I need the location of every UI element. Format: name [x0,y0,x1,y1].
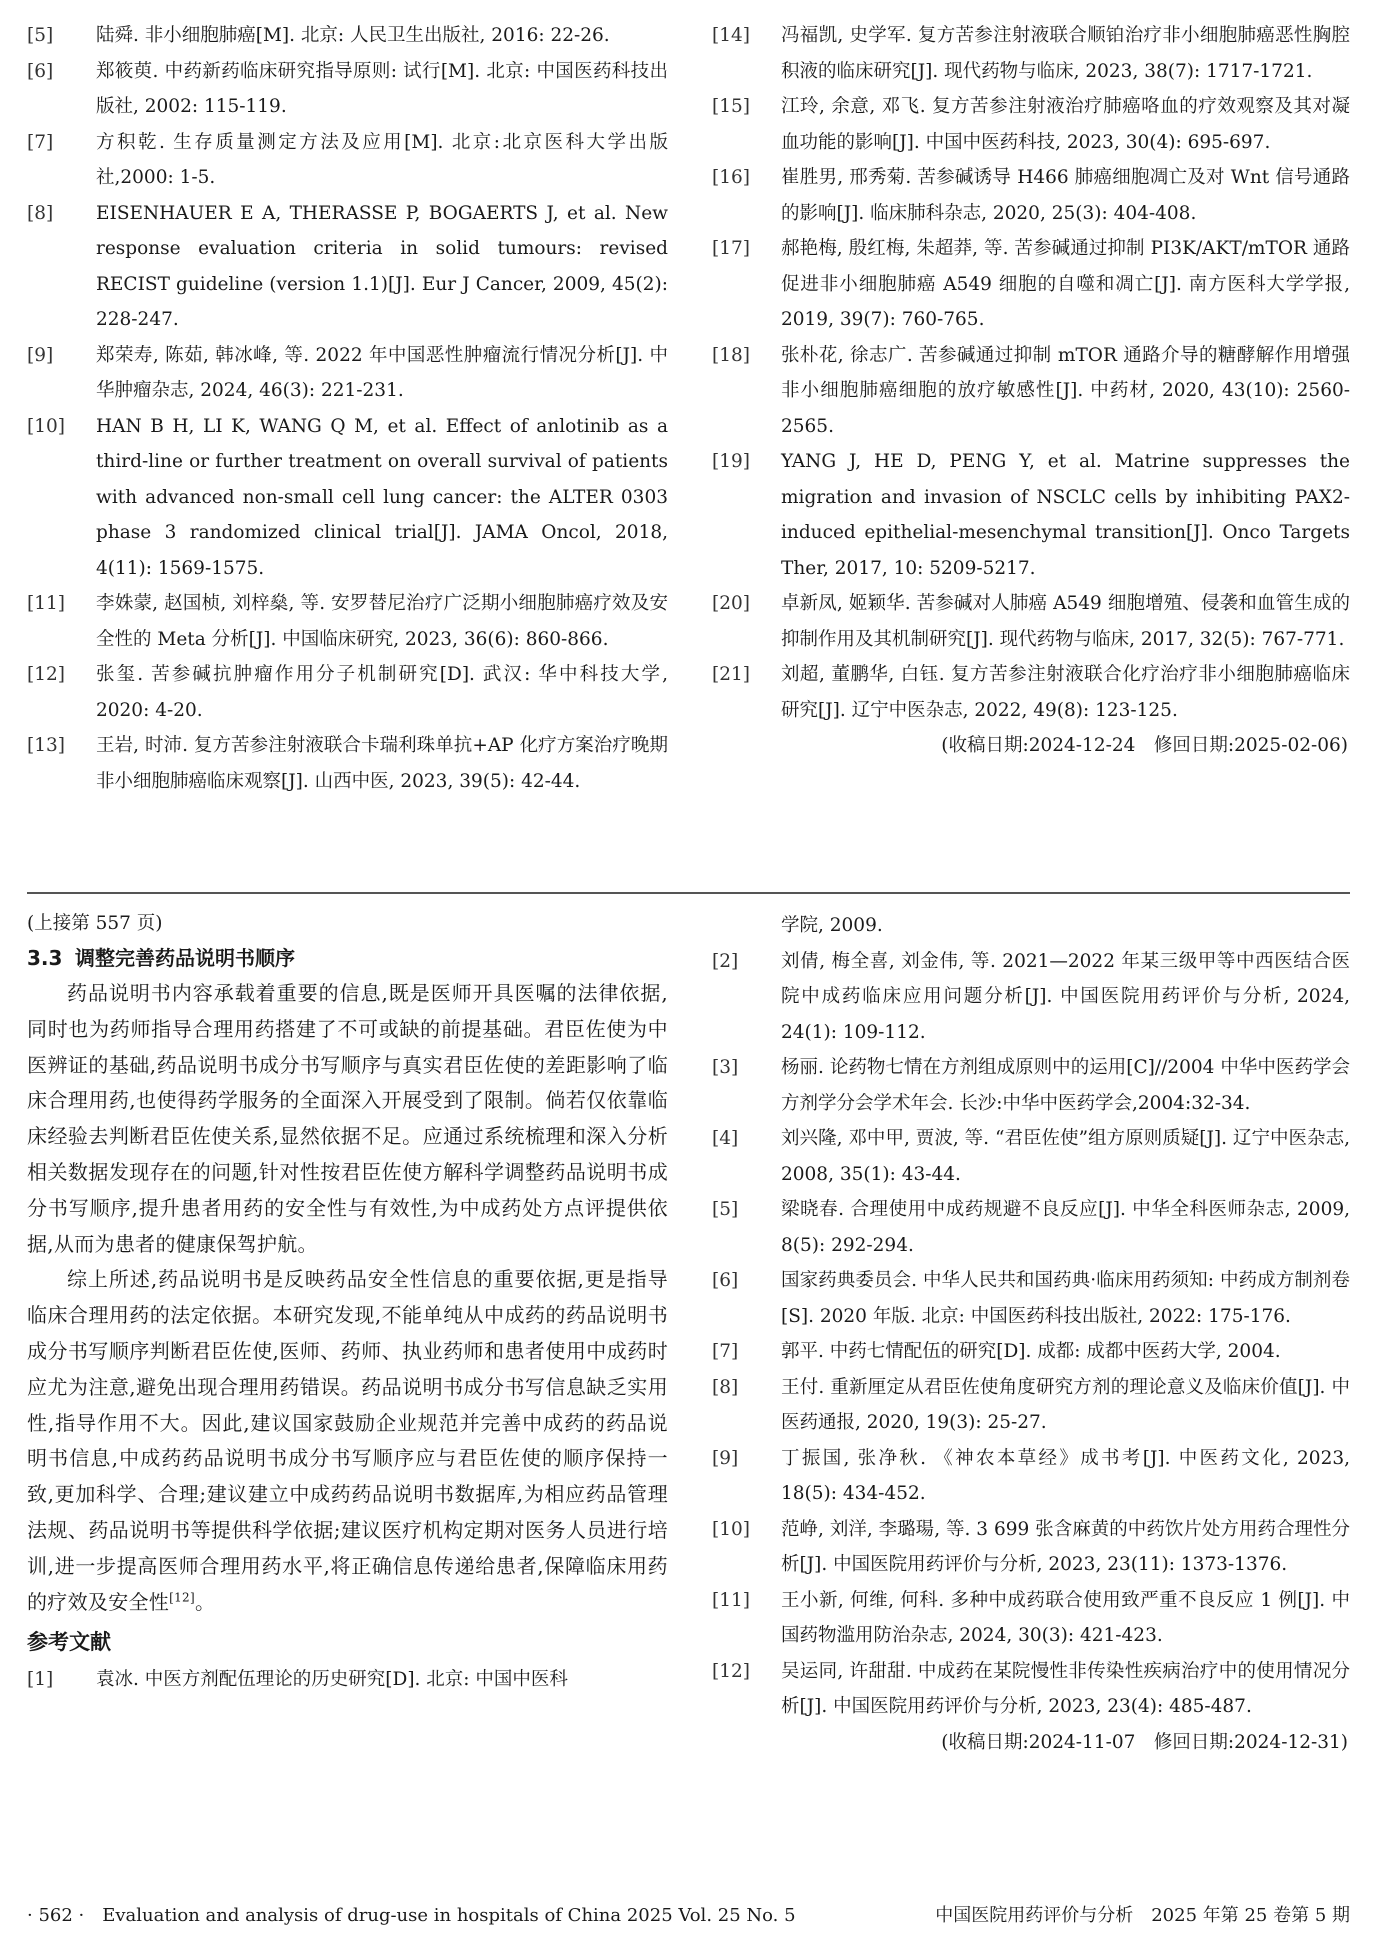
reference-number: [9] [27,338,96,409]
reference-text: 郑筱萸. 中药新药临床研究指导原则: 试行[M]. 北京: 中国医药科技出版社,… [96,54,668,125]
reference-number: [12] [712,1654,781,1725]
reference-number: [20] [712,586,781,657]
reference-item: [8]王付. 重新厘定从君臣佐使角度研究方剂的理论意义及临床价值[J]. 中医药… [712,1370,1350,1441]
continued-from-note: (上接第 557 页) [27,908,668,940]
reference-number: [10] [712,1512,781,1583]
reference-item: [21]刘超, 董鹏华, 白钰. 复方苦参注射液联合化疗治疗非小细胞肺癌临床研究… [712,657,1350,728]
reference-item: [12]吴运同, 许甜甜. 中成药在某院慢性非传染性疾病治疗中的使用情况分析[J… [712,1654,1350,1725]
footer-journal-english: · 562 · Evaluation and analysis of drug-… [27,1904,796,1928]
reference-number: [2] [712,944,781,1051]
reference-text: 郭平. 中药七情配伍的研究[D]. 成都: 成都中医药大学, 2004. [781,1334,1350,1370]
reference-number: [8] [27,196,96,338]
received-date: (收稿日期:2024-11-07 修回日期:2024-12-31) [712,1725,1350,1761]
reference-item: [12]张玺. 苦参碱抗肿瘤作用分子机制研究[D]. 武汉: 华中科技大学, 2… [27,657,668,728]
reference-number: [10] [27,409,96,587]
reference-text: 李姝蒙, 赵国桢, 刘梓燊, 等. 安罗替尼治疗广泛期小细胞肺癌疗效及安全性的 … [96,586,668,657]
received-date: (收稿日期:2024-12-24 修回日期:2025-02-06) [712,728,1350,764]
reference-text: 丁振国, 张净秋. 《神农本草经》成书考[J]. 中医药文化, 2023, 18… [781,1441,1350,1512]
reference-text: 江玲, 余意, 邓飞. 复方苦参注射液治疗肺癌咯血的疗效观察及其对凝血功能的影响… [781,89,1350,160]
reference-item: [5]梁晓春. 合理使用中成药规避不良反应[J]. 中华全科医师杂志, 2009… [712,1192,1350,1263]
reference-number: [7] [712,1334,781,1370]
reference-text: 王小新, 何维, 何科. 多种中成药联合使用致严重不良反应 1 例[J]. 中国… [781,1583,1350,1654]
reference-item: [4]刘兴隆, 邓中甲, 贾波, 等. “君臣佐使”组方原则质疑[J]. 辽宁中… [712,1121,1350,1192]
citation-link[interactable]: [12] [169,1590,195,1604]
reference-number: [16] [712,160,781,231]
reference-number: [3] [712,1050,781,1121]
reference-item: [10]范峥, 刘洋, 李璐瑒, 等. 3 699 张含麻黄的中药饮片处方用药合… [712,1512,1350,1583]
reference-number: [11] [27,586,96,657]
reference-number-blank [712,908,781,944]
reference-item: [19]YANG J, HE D, PENG Y, et al. Matrine… [712,444,1350,586]
references-heading: 参考文献 [27,1622,668,1662]
reference-text: 张玺. 苦参碱抗肿瘤作用分子机制研究[D]. 武汉: 华中科技大学, 2020:… [96,657,668,728]
reference-text: 刘兴隆, 邓中甲, 贾波, 等. “君臣佐使”组方原则质疑[J]. 辽宁中医杂志… [781,1121,1350,1192]
reference-text: HAN B H, LI K, WANG Q M, et al. Effect o… [96,409,668,587]
reference-item: [11]王小新, 何维, 何科. 多种中成药联合使用致严重不良反应 1 例[J]… [712,1583,1350,1654]
reference-text: 冯福凯, 史学军. 复方苦参注射液联合顺铂治疗非小细胞肺癌恶性胸腔积液的临床研究… [781,18,1350,89]
reference-item: [7]方积乾. 生存质量测定方法及应用[M]. 北京:北京医科大学出版社,200… [27,125,668,196]
paragraph-text: 综上所述,药品说明书是反映药品安全性信息的重要依据,更是指导临床合理用药的法定依… [27,1267,668,1613]
footer-journal-chinese: 中国医院用药评价与分析 2025 年第 25 卷第 5 期 [935,1904,1350,1928]
reference-text: 方积乾. 生存质量测定方法及应用[M]. 北京:北京医科大学出版社,2000: … [96,125,668,196]
reference-number: [5] [712,1192,781,1263]
reference-number: [19] [712,444,781,586]
reference-item: [10]HAN B H, LI K, WANG Q M, et al. Effe… [27,409,668,587]
reference-item: [3]杨丽. 论药物七情在方剂组成原则中的运用[C]//2004 中华中医药学会… [712,1050,1350,1121]
reference-item: [17]郝艳梅, 殷红梅, 朱超莽, 等. 苦参碱通过抑制 PI3K/AKT/m… [712,231,1350,338]
reference-text: 范峥, 刘洋, 李璐瑒, 等. 3 699 张含麻黄的中药饮片处方用药合理性分析… [781,1512,1350,1583]
reference-item: [9]丁振国, 张净秋. 《神农本草经》成书考[J]. 中医药文化, 2023,… [712,1441,1350,1512]
bottom-left-body: (上接第 557 页) 3.3调整完善药品说明书顺序 药品说明书内容承载着重要的… [27,908,668,1698]
reference-item: [18]张朴花, 徐志广. 苦参碱通过抑制 mTOR 通路介导的糖酵解作用增强非… [712,338,1350,445]
reference-number: [21] [712,657,781,728]
reference-text: 刘超, 董鹏华, 白钰. 复方苦参注射液联合化疗治疗非小细胞肺癌临床研究[J].… [781,657,1350,728]
article-separator-line [27,892,1350,894]
reference-number: [15] [712,89,781,160]
reference-number: [9] [712,1441,781,1512]
reference-item: [6]郑筱萸. 中药新药临床研究指导原则: 试行[M]. 北京: 中国医药科技出… [27,54,668,125]
reference-item: [14]冯福凯, 史学军. 复方苦参注射液联合顺铂治疗非小细胞肺癌恶性胸腔积液的… [712,18,1350,89]
reference-item: [15]江玲, 余意, 邓飞. 复方苦参注射液治疗肺癌咯血的疗效观察及其对凝血功… [712,89,1350,160]
reference-item: [5]陆舜. 非小细胞肺癌[M]. 北京: 人民卫生出版社, 2016: 22-… [27,18,668,54]
reference-number: [7] [27,125,96,196]
paragraph-end: 。 [195,1590,215,1614]
reference-text: YANG J, HE D, PENG Y, et al. Matrine sup… [781,444,1350,586]
section-number: 3.3 [27,940,75,976]
reference-number: [17] [712,231,781,338]
reference-text: 王付. 重新厘定从君臣佐使角度研究方剂的理论意义及临床价值[J]. 中医药通报,… [781,1370,1350,1441]
section-heading: 3.3调整完善药品说明书顺序 [27,940,668,976]
reference-text: 王岩, 时沛. 复方苦参注射液联合卡瑞利珠单抗+AP 化疗方案治疗晚期非小细胞肺… [96,728,668,799]
reference-item: [6]国家药典委员会. 中华人民共和国药典·临床用药须知: 中药成方制剂卷[S]… [712,1263,1350,1334]
reference-number: [13] [27,728,96,799]
bottom-right-references: 学院, 2009. [2]刘倩, 梅全喜, 刘金伟, 等. 2021—2022 … [712,908,1350,1760]
top-right-references: [14]冯福凯, 史学军. 复方苦参注射液联合顺铂治疗非小细胞肺癌恶性胸腔积液的… [712,18,1350,764]
reference-text: 郝艳梅, 殷红梅, 朱超莽, 等. 苦参碱通过抑制 PI3K/AKT/mTOR … [781,231,1350,338]
reference-text: 郑荣寿, 陈茹, 韩冰峰, 等. 2022 年中国恶性肿瘤流行情况分析[J]. … [96,338,668,409]
reference-text: 吴运同, 许甜甜. 中成药在某院慢性非传染性疾病治疗中的使用情况分析[J]. 中… [781,1654,1350,1725]
reference-text: 张朴花, 徐志广. 苦参碱通过抑制 mTOR 通路介导的糖酵解作用增强非小细胞肺… [781,338,1350,445]
reference-text: 梁晓春. 合理使用中成药规避不良反应[J]. 中华全科医师杂志, 2009, 8… [781,1192,1350,1263]
reference-item: [2]刘倩, 梅全喜, 刘金伟, 等. 2021—2022 年某三级甲等中西医结… [712,944,1350,1051]
reference-text: 卓新凤, 姬颖华. 苦参碱对人肺癌 A549 细胞增殖、侵袭和血管生成的抑制作用… [781,586,1350,657]
reference-item: [11]李姝蒙, 赵国桢, 刘梓燊, 等. 安罗替尼治疗广泛期小细胞肺癌疗效及安… [27,586,668,657]
reference-item: [7]郭平. 中药七情配伍的研究[D]. 成都: 成都中医药大学, 2004. [712,1334,1350,1370]
body-paragraph: 药品说明书内容承载着重要的信息,既是医师开具医嘱的法律依据,同时也为药师指导合理… [27,976,668,1262]
reference-item: [1]袁冰. 中医方剂配伍理论的历史研究[D]. 北京: 中国中医科 [27,1662,668,1698]
reference-text: 崔胜男, 邢秀菊. 苦参碱诱导 H466 肺癌细胞凋亡及对 Wnt 信号通路的影… [781,160,1350,231]
body-paragraph: 综上所述,药品说明书是反映药品安全性信息的重要依据,更是指导临床合理用药的法定依… [27,1262,668,1620]
reference-number: [18] [712,338,781,445]
reference-number: [6] [712,1263,781,1334]
reference-text: 袁冰. 中医方剂配伍理论的历史研究[D]. 北京: 中国中医科 [96,1662,668,1698]
reference-item: [20]卓新凤, 姬颖华. 苦参碱对人肺癌 A549 细胞增殖、侵袭和血管生成的… [712,586,1350,657]
reference-number: [4] [712,1121,781,1192]
section-title: 调整完善药品说明书顺序 [75,946,295,970]
reference-number: [5] [27,18,96,54]
reference-text: 国家药典委员会. 中华人民共和国药典·临床用药须知: 中药成方制剂卷[S]. 2… [781,1263,1350,1334]
reference-number: [1] [27,1662,96,1698]
top-left-references: [5]陆舜. 非小细胞肺癌[M]. 北京: 人民卫生出版社, 2016: 22-… [27,18,668,799]
reference-text: 刘倩, 梅全喜, 刘金伟, 等. 2021—2022 年某三级甲等中西医结合医院… [781,944,1350,1051]
reference-text: 杨丽. 论药物七情在方剂组成原则中的运用[C]//2004 中华中医药学会方剂学… [781,1050,1350,1121]
reference-continuation: 学院, 2009. [712,908,1350,944]
reference-item: [9]郑荣寿, 陈茹, 韩冰峰, 等. 2022 年中国恶性肿瘤流行情况分析[J… [27,338,668,409]
reference-number: [14] [712,18,781,89]
reference-item: [16]崔胜男, 邢秀菊. 苦参碱诱导 H466 肺癌细胞凋亡及对 Wnt 信号… [712,160,1350,231]
reference-number: [12] [27,657,96,728]
reference-number: [6] [27,54,96,125]
reference-number: [11] [712,1583,781,1654]
reference-number: [8] [712,1370,781,1441]
reference-text: 学院, 2009. [781,908,1350,944]
reference-item: [13]王岩, 时沛. 复方苦参注射液联合卡瑞利珠单抗+AP 化疗方案治疗晚期非… [27,728,668,799]
reference-text: EISENHAUER E A, THERASSE P, BOGAERTS J, … [96,196,668,338]
reference-text: 陆舜. 非小细胞肺癌[M]. 北京: 人民卫生出版社, 2016: 22-26. [96,18,668,54]
reference-item: [8]EISENHAUER E A, THERASSE P, BOGAERTS … [27,196,668,338]
